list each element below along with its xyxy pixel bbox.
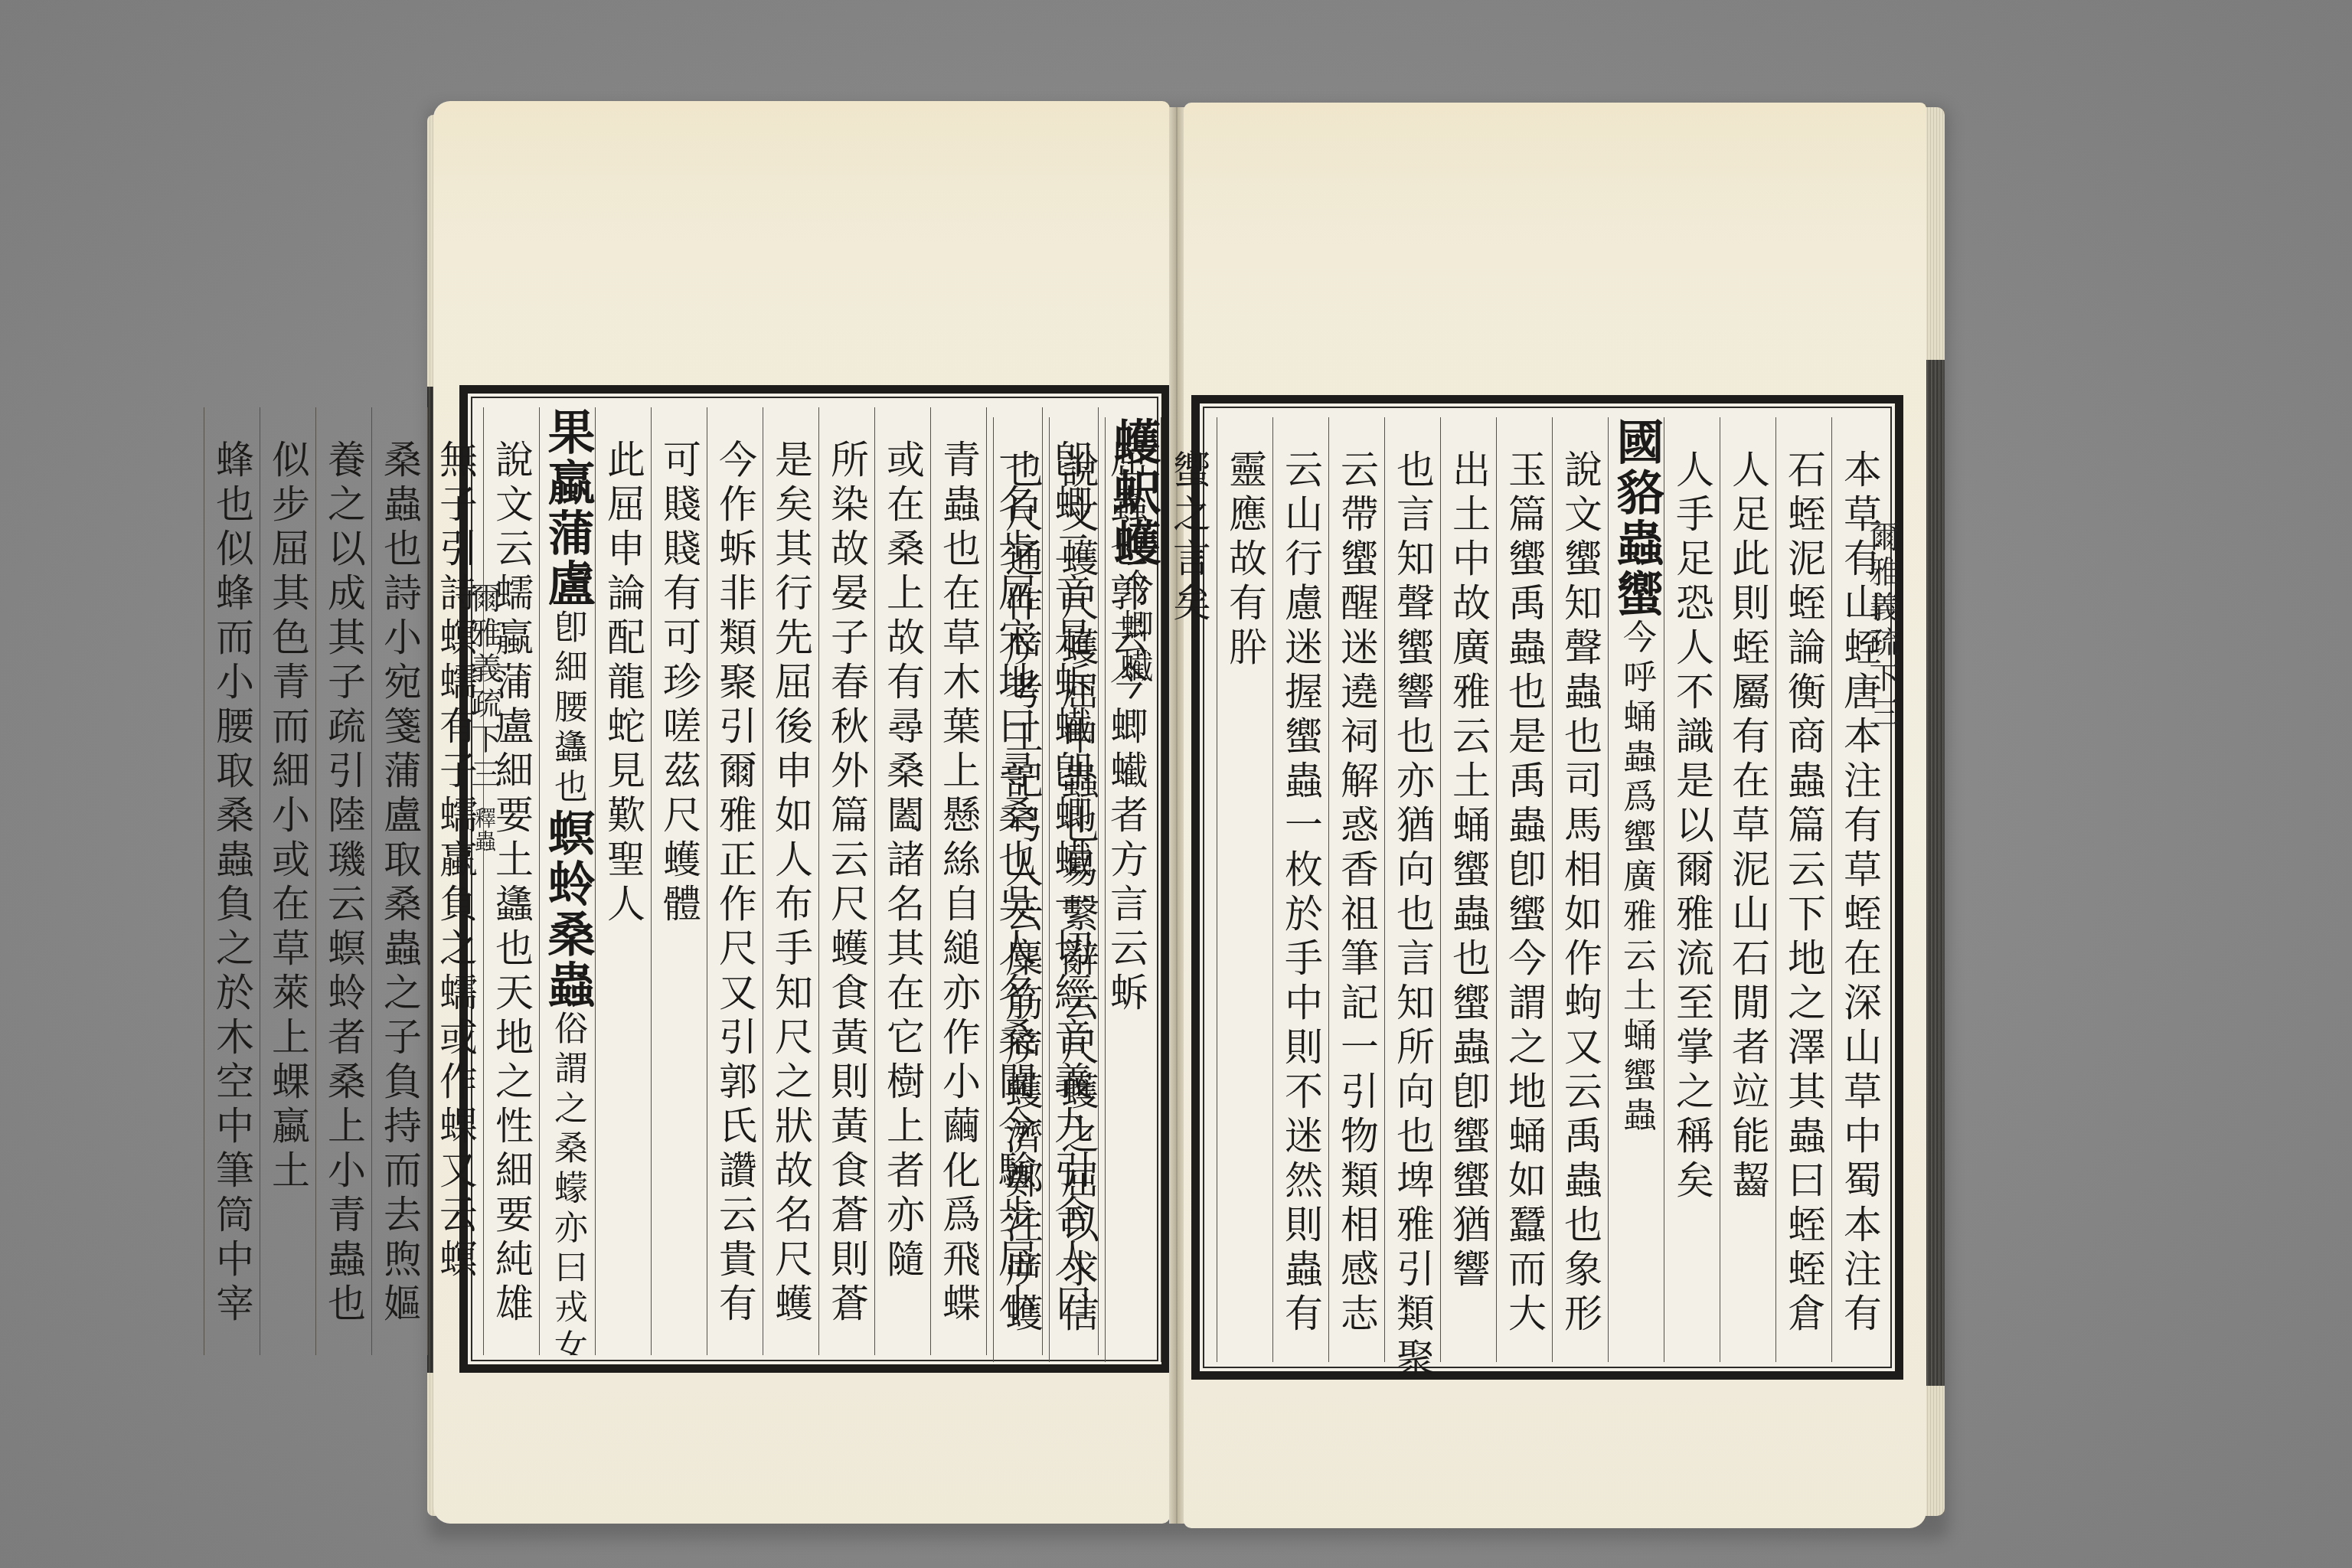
column-text: 出土中故廣雅云土蛹蠁蟲也蠁蟲卽蠁蠁猶響 (1441, 417, 1496, 1293)
column-text: 也言知聲蠁響也亦猶向也言知所向也埤雅引類聚 (1385, 417, 1440, 1382)
text-column: 青蟲也在草木葉上懸絲自縋亦作小繭化爲飛蝶 (930, 407, 986, 1355)
entry-headword: 果蠃蒲盧 (540, 407, 595, 609)
entry-column: 果蠃蒲盧卽細腰蠭也螟蛉桑蟲俗謂之桑蠓亦曰戎女 (539, 407, 595, 1355)
text-column: 也言知聲蠁響也亦猶向也言知所向也埤雅引類聚 (1384, 417, 1440, 1362)
text-column: 可賤賤有可珍嗟茲尺蠖體 (651, 407, 707, 1355)
right-banxin-book-title: 爾雅義疏下三 (1864, 521, 1900, 732)
entry-headword: 國貉蟲蠁 (1609, 417, 1664, 619)
entry-gloss: 今呼蛹蟲爲蠁廣雅云土蛹蠁蟲 (1609, 619, 1664, 1137)
text-column: 也尺通作㡿考工記弓人云麋筋㡿蠖濟鄭注㡿蠖 (993, 417, 1049, 1362)
entry-column: 國貉蟲蠁今呼蛹蟲爲蠁廣雅云土蛹蠁蟲 (1608, 417, 1664, 1362)
text-column: 出土中故廣雅云土蛹蠁蟲也蠁蟲卽蠁蠁猶響 (1440, 417, 1496, 1362)
text-column: 人足此則蛭屬有在草泥山石閒者竝能齧 (1720, 417, 1775, 1362)
left-banxin-title: 爾雅義疏下三 釋蟲 (462, 582, 506, 854)
text-column: 說文蠖尺蠖屈申蟲也易繫辭云尺蠖之屈以求信 (1049, 417, 1105, 1362)
column-text: 是矣其行先屈後申如人布手知尺之狀故名尺蠖 (763, 407, 818, 1328)
text-column: 此屈申論配龍蛇見歎聖人 (595, 407, 651, 1355)
column-text: 或在桑上故有尋桑闔諸名其在它樹上者亦隨 (875, 407, 930, 1283)
entry-headword-secondary: 螟蛉桑蟲 (540, 808, 595, 1011)
text-column: 似步屈其色青而細小或在草萊上蜾蠃土 (260, 407, 315, 1355)
right-print-frame: 本草有山蛭唐本注有草蛭在深山草中蜀本注有石蛭泥蛭論衡商蟲篇云下地之澤其蟲曰蛭蛭倉… (1191, 395, 1903, 1380)
entry-column: 蠖蚇蠖今蝍蠘 (1105, 417, 1161, 1362)
column-text: 說文蠖尺蠖屈申蟲也易繫辭云尺蠖之屈以求信 (1050, 417, 1105, 1338)
column-text: 桑蟲也詩小宛箋蒲盧取桑蟲之子負持而去煦嫗 (372, 407, 427, 1328)
text-column: 無子引詩螟蠕有子蠕蠃負之蠕或作蜾又云螟 (427, 407, 483, 1355)
column-text: 似步屈其色青而細小或在草萊上蜾蠃土 (260, 407, 315, 1194)
column-text: 云山行慮迷握蠁蟲一枚於手中則不迷然則蟲有 (1273, 417, 1328, 1338)
column-text: 此屈申論配龍蛇見歎聖人 (596, 407, 651, 928)
text-column: 或在桑上故有尋桑闔諸名其在它樹上者亦隨 (874, 407, 930, 1355)
text-column: 蠁之言矣 (1161, 417, 1217, 1362)
entry-headword: 蠖蚇蠖 (1106, 417, 1161, 569)
entry-gloss: 今蝍蠘 (1106, 569, 1161, 688)
left-banxin-book-title: 爾雅義疏下三 (466, 582, 501, 793)
column-text: 蠁之言矣 (1161, 417, 1217, 627)
column-text: 靈應故有肸 (1217, 417, 1272, 671)
column-text: 說文蠁知聲蟲也司馬相如作蚼又云禹蟲也象形 (1553, 417, 1608, 1338)
left-banxin-section: 釋蟲 (472, 808, 497, 854)
entry-gloss-tail: 俗謂之桑蠓亦曰戎女 (540, 1011, 595, 1355)
column-text: 人足此則蛭屬有在草泥山石閒者竝能齧 (1720, 417, 1775, 1204)
right-banxin-title: 爾雅義疏下三 (1860, 521, 1904, 732)
column-text: 蜂也似蜂而小腰取桑蟲負之於木空中筆筒中宰 (204, 407, 260, 1328)
column-text: 養之以成其子疏引陸璣云螟蛉者桑上小青蟲也 (316, 407, 371, 1328)
right-text-columns: 本草有山蛭唐本注有草蛭在深山草中蜀本注有石蛭泥蛭論衡商蟲篇云下地之澤其蟲曰蛭蛭倉… (993, 417, 1887, 1362)
text-column: 云帶蠁醒迷遶祠解惑香祖筆記一引物類相感志 (1328, 417, 1384, 1362)
column-text: 云帶蠁醒迷遶祠解惑香祖筆記一引物類相感志 (1329, 417, 1384, 1338)
text-column: 桑蟲也詩小宛箋蒲盧取桑蟲之子負持而去煦嫗 (371, 407, 427, 1355)
text-column: 玉篇蠁禹蟲也是禹蟲卽蠁今謂之地蛹如蠶而大 (1496, 417, 1552, 1362)
text-column: 人手足恐人不識是以爾雅流至掌之稱矣 (1664, 417, 1720, 1362)
column-text: 可賤賤有可珍嗟茲尺蠖體 (652, 407, 707, 928)
text-column: 石蛭泥蛭論衡商蟲篇云下地之澤其蟲曰蛭蛭倉 (1775, 417, 1831, 1362)
column-text: 青蟲也在草木葉上懸絲自縋亦作小繭化爲飛蝶 (931, 407, 986, 1328)
column-text: 也尺通作㡿考工記弓人云麋筋㡿蠖濟鄭注㡿蠖 (994, 417, 1049, 1338)
column-text: 石蛭泥蛭論衡商蟲篇云下地之澤其蟲曰蛭蛭倉 (1776, 417, 1831, 1338)
column-text: 說文云蠕蠃蒲盧細要土蠭也天地之性細要純雄 (484, 407, 539, 1328)
column-text: 玉篇蠁禹蟲也是禹蟲卽蠁今謂之地蛹如蠶而大 (1497, 417, 1552, 1338)
text-column: 今作蚸非類聚引爾雅正作尺又引郭氏讚云貴有 (707, 407, 763, 1355)
column-text: 今作蚸非類聚引爾雅正作尺又引郭氏讚云貴有 (707, 407, 763, 1328)
text-column: 是矣其行先屈後申如人布手知尺之狀故名尺蠖 (763, 407, 818, 1355)
text-column: 云山行慮迷握蠁蟲一枚於手中則不迷然則蟲有 (1272, 417, 1328, 1362)
column-text: 所染故晏子春秋外篇云尺蠖食黃則黃食蒼則蒼 (819, 407, 874, 1328)
text-column: 養之以成其子疏引陸璣云螟蛉者桑上小青蟲也 (315, 407, 371, 1355)
text-column: 說文云蠕蠃蒲盧細要土蠭也天地之性細要純雄 (483, 407, 539, 1355)
text-column: 說文蠁知聲蟲也司馬相如作蚼又云禹蟲也象形 (1552, 417, 1608, 1362)
text-column: 靈應故有肸 (1217, 417, 1272, 1362)
text-column: 蜂也似蜂而小腰取桑蟲負之於木空中筆筒中宰 (204, 407, 260, 1355)
text-column: 所染故晏子春秋外篇云尺蠖食黃則黃食蒼則蒼 (818, 407, 874, 1355)
entry-gloss: 卽細腰蠭也 (540, 609, 595, 808)
column-text: 人手足恐人不識是以爾雅流至掌之稱矣 (1664, 417, 1720, 1204)
